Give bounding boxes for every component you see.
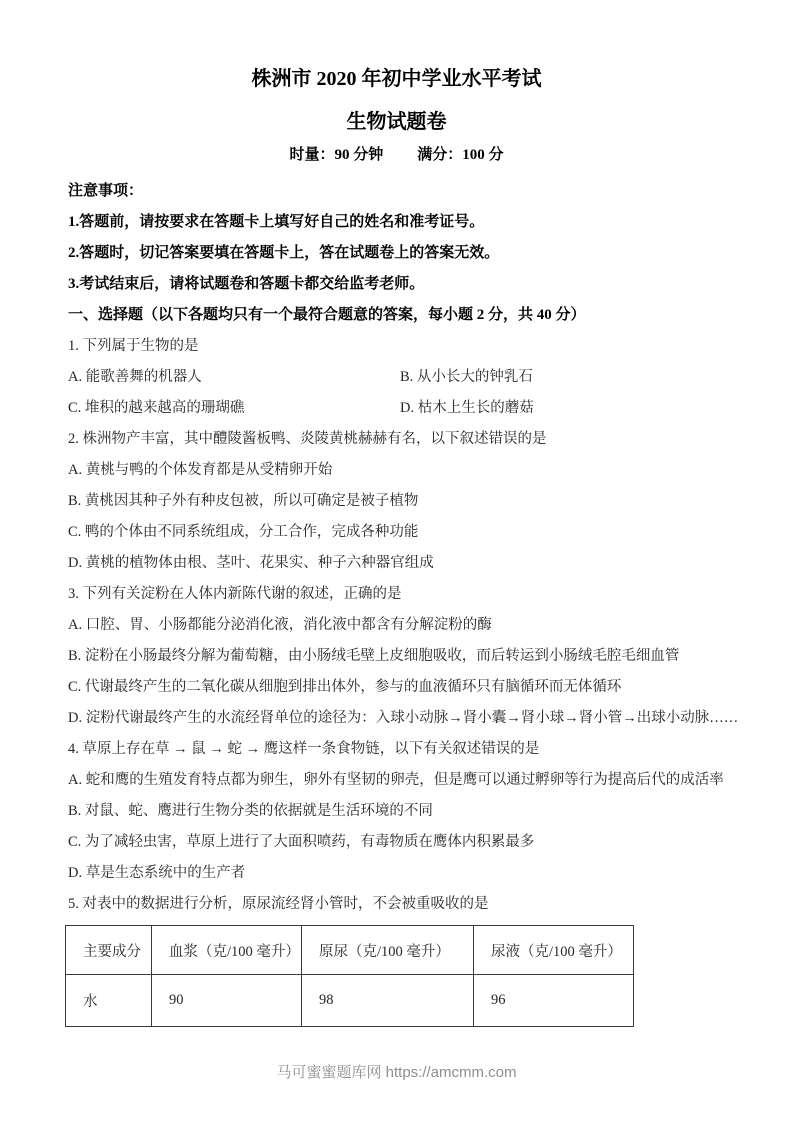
notice-item-1: 1.答题前，请按要求在答题卡上填写好自己的姓名和准考证号。 [68,207,773,238]
exam-header: 株洲市 2020 年初中学业水平考试 生物试题卷 时量：90 分钟满分：100 … [0,0,793,166]
watermark: 马可蜜蜜题库网 https://amcmm.com [0,1062,793,1084]
option-q3-c: C. 代谢最终产生的二氧化碳从细胞到排出体外，参与的血液循环只有脑循环而无体循环 [68,672,773,703]
table-header-primary-urine: 原尿（克/100 毫升） [302,926,474,975]
exam-meta-line: 时量：90 分钟满分：100 分 [0,144,793,166]
table-header-plasma: 血浆（克/100 毫升） [152,926,302,975]
table-cell-primary-urine-value: 98 [302,975,474,1027]
exam-document-page: 株洲市 2020 年初中学业水平考试 生物试题卷 时量：90 分钟满分：100 … [0,0,793,1122]
option-q4-d: D. 草是生态系统中的生产者 [68,858,773,889]
option-q1-d: D. 枯木上生长的蘑菇 [400,393,534,424]
option-q4-c: C. 为了减轻虫害，草原上进行了大面积喷药，有毒物质在鹰体内积累最多 [68,827,773,858]
option-q2-d: D. 黄桃的植物体由根、茎叶、花果实、种子六种器官组成 [68,548,773,579]
question-4-stem: 4. 草原上存在草 → 鼠 → 蛇 → 鹰这样一条食物链，以下有关叙述错误的是 [68,734,773,765]
table-cell-water-label: 水 [66,975,152,1027]
option-q2-b: B. 黄桃因其种子外有种皮包被，所以可确定是被子植物 [68,486,773,517]
option-q1-c: C. 堆积的越来越高的珊瑚礁 [68,393,400,424]
exam-body: 注意事项： 1.答题前，请按要求在答题卡上填写好自己的姓名和准考证号。 2.答题… [0,166,793,1027]
option-q1-b: B. 从小长大的钟乳石 [400,362,533,393]
table-cell-plasma-value: 90 [152,975,302,1027]
question-1-stem: 1. 下列属于生物的是 [68,331,773,362]
urine-composition-table: 主要成分 血浆（克/100 毫升） 原尿（克/100 毫升） 尿液（克/100 … [65,925,634,1027]
question-2-stem: 2. 株洲物产丰富，其中醴陵酱板鸭、炎陵黄桃赫赫有名，以下叙述错误的是 [68,424,773,455]
option-q2-a: A. 黄桃与鸭的个体发育都是从受精卵开始 [68,455,773,486]
table-row-water: 水 90 98 96 [66,975,634,1027]
exam-duration: 时量：90 分钟 [289,147,383,163]
option-q3-d: D. 淀粉代谢最终产生的水流经肾单位的途径为：入球小动脉→肾小囊→肾小球→肾小管… [68,703,773,734]
exam-subtitle: 生物试题卷 [0,109,793,135]
exam-title: 株洲市 2020 年初中学业水平考试 [0,66,793,92]
option-q3-a: A. 口腔、胃、小肠都能分泌消化液，消化液中都含有分解淀粉的酶 [68,610,773,641]
watermark-text: 马可蜜蜜题库网 https://amcmm.com [276,1064,516,1081]
question-5-stem: 5. 对表中的数据进行分析，原尿流经肾小管时，不会被重吸收的是 [68,889,773,920]
option-q2-c: C. 鸭的个体由不同系统组成，分工合作，完成各种功能 [68,517,773,548]
notice-heading: 注意事项： [68,176,773,207]
table-cell-urine-value: 96 [474,975,634,1027]
question-1-options-row-2: C. 堆积的越来越高的珊瑚礁 D. 枯木上生长的蘑菇 [68,393,773,424]
section-heading: 一、选择题（以下各题均只有一个最符合题意的答案，每小题 2 分，共 40 分） [68,300,773,331]
question-1-options-row-1: A. 能歌善舞的机器人 B. 从小长大的钟乳石 [68,362,773,393]
table-header-row: 主要成分 血浆（克/100 毫升） 原尿（克/100 毫升） 尿液（克/100 … [66,926,634,975]
option-q1-a: A. 能歌善舞的机器人 [68,362,400,393]
notice-item-2: 2.答题时，切记答案要填在答题卡上，答在试题卷上的答案无效。 [68,238,773,269]
question-3-stem: 3. 下列有关淀粉在人体内新陈代谢的叙述，正确的是 [68,579,773,610]
exam-total-score: 满分：100 分 [417,147,503,163]
option-q4-b: B. 对鼠、蛇、鹰进行生物分类的依据就是生活环境的不同 [68,796,773,827]
table-header-urine: 尿液（克/100 毫升） [474,926,634,975]
option-q4-a: A. 蛇和鹰的生殖发育特点都为卵生，卵外有坚韧的卵壳，但是鹰可以通过孵卵等行为提… [68,765,773,796]
option-q3-b: B. 淀粉在小肠最终分解为葡萄糖，由小肠绒毛壁上皮细胞吸收，而后转运到小肠绒毛腔… [68,641,773,672]
notice-item-3: 3.考试结束后，请将试题卷和答题卡都交给监考老师。 [68,269,773,300]
table-header-main-component: 主要成分 [66,926,152,975]
